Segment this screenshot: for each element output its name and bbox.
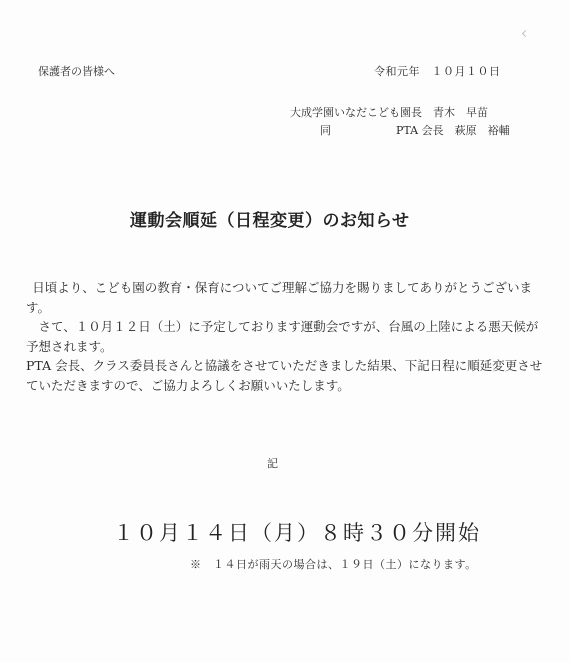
event-datetime: １０月１４日（月）８時３０分開始: [113, 517, 481, 547]
rain-date-note: ※ １４日が雨天の場合は、１９日（土）になります。: [190, 556, 477, 572]
body-paragraph-reason: さて、１０月１２日（土）に予定しております運動会ですが、台風の上陸による悪天候が…: [26, 317, 546, 356]
ki-label: 記: [267, 455, 278, 471]
sender-principal: 大成学園いなだこども園長 青木 早苗: [290, 104, 488, 120]
document-title: 運動会順延（日程変更）のお知らせ: [130, 206, 410, 231]
body-text: 日頃より、こども園の教育・保育についてご理解ご協力を賜りましてありがとうございま…: [26, 278, 546, 395]
sender-pta-role: PTA 会長 萩原 裕輔: [396, 124, 510, 137]
document-page: 保護者の皆様へ 令和元年 １０月１０日 大成学園いなだこども園長 青木 早苗 同…: [0, 0, 569, 662]
body-paragraph-request: PTA 会長、クラス委員長さんと協議をさせていただきました結果、下記日程に順延変…: [26, 356, 546, 395]
sender-ditto-mark: 同: [320, 124, 331, 137]
sender-pta: 同PTA 会長 萩原 裕輔: [320, 122, 510, 138]
issue-date: 令和元年 １０月１０日: [374, 63, 501, 79]
addressee: 保護者の皆様へ: [38, 63, 115, 79]
scan-speck-mark: [522, 30, 529, 37]
body-paragraph-greeting: 日頃より、こども園の教育・保育についてご理解ご協力を賜りましてありがとうございま…: [26, 278, 546, 317]
